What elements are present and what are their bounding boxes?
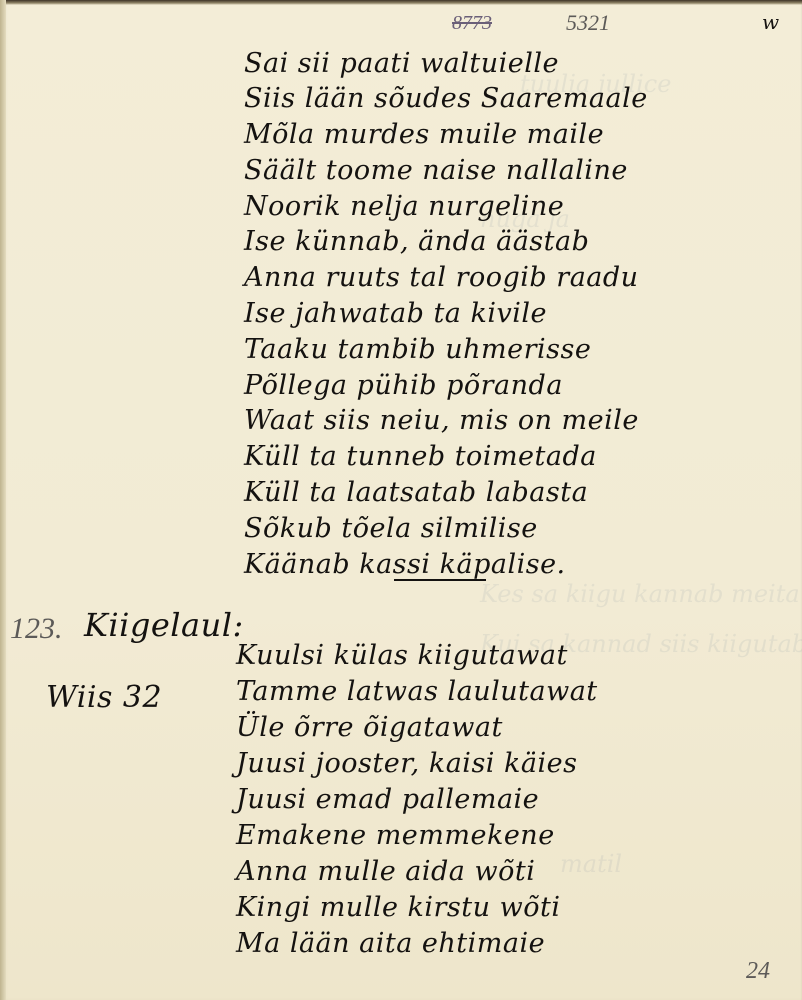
corner-mark: w [762, 10, 780, 34]
verse-line: Emakene memmekene [236, 820, 555, 851]
verse-line: Anna mulle aida wõti [236, 856, 535, 887]
verse-line: Küll ta laatsatab labasta [244, 477, 588, 508]
verse-line: Sai sii paati waltuielle [244, 48, 559, 79]
verse-line: Juusi jooster, kaisi käies [236, 748, 577, 779]
verse-line: Waat siis neiu, mis on meile [244, 405, 639, 436]
verse-line: Tamme latwas laulutawat [236, 676, 598, 707]
verse-line: Anna ruuts tal roogib raadu [244, 262, 639, 293]
song-number: 123. [10, 612, 63, 646]
verse-line: Taaku tambib uhmerisse [244, 334, 591, 365]
verse-line: Üle õrre õigatawat [236, 712, 503, 743]
verse-line: Säält toome naise nallaline [244, 155, 628, 186]
bleed-through-text: matil [560, 850, 622, 878]
catalog-number: 5321 [566, 10, 610, 36]
underline-mark [394, 579, 486, 581]
page-top-edge [0, 0, 802, 5]
verse-line: Juusi emad pallemaie [236, 784, 539, 815]
verse-line: Mõla murdes muile maile [244, 119, 604, 150]
tune-reference: Wiis 32 [46, 680, 162, 715]
struck-catalog-number: 8773 [452, 12, 492, 35]
verse-line: Küll ta tunneb toimetada [244, 441, 597, 472]
verse-line: Ise jahwatab ta kivile [244, 298, 547, 329]
verse-line: Siis lään sõudes Saaremaale [244, 83, 648, 114]
song-title: Kiigelaul: [84, 606, 244, 644]
verse-line: Noorik nelja nurgeline [244, 191, 564, 222]
page-number: 24 [746, 958, 770, 985]
verse-line: Ma lään aita ehtimaie [236, 928, 545, 959]
verse-line: Sõkub tõela silmilise [244, 513, 538, 544]
verse-line: Käänab kassi käpalise. [244, 549, 566, 580]
verse-line: Kingi mulle kirstu wõti [236, 892, 560, 923]
page-left-edge [0, 0, 6, 1000]
verse-line: Ise künnab, ända äästab [244, 226, 589, 257]
bleed-through-text: Kes sa kiigu kannab meita [480, 580, 800, 608]
verse-line: Kuulsi külas kiigutawat [236, 640, 568, 671]
verse-line: Põllega pühib põranda [244, 370, 563, 401]
manuscript-page: tuulia jullice nuga ja Kes sa kiigu kann… [0, 0, 802, 1000]
